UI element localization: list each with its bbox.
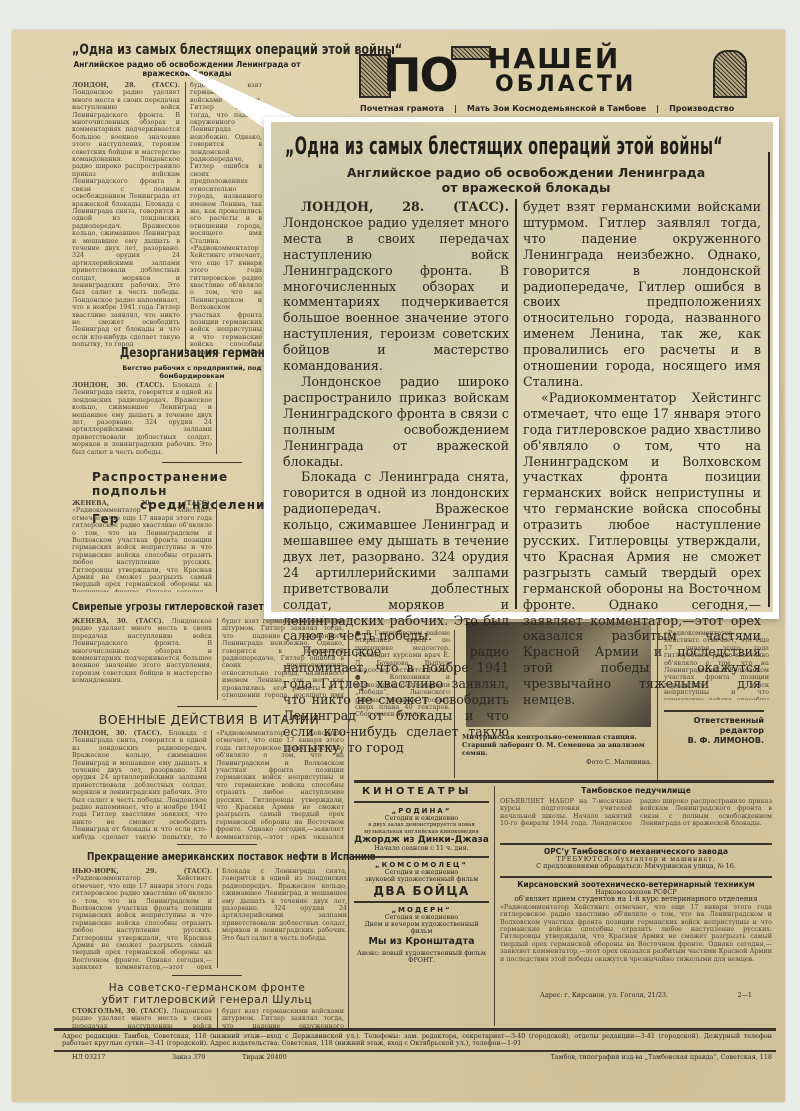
disorg-subtitle: Бегство рабочих с предприятий, под бомба… bbox=[112, 364, 272, 380]
masthead-po: ПО bbox=[383, 48, 457, 102]
masthead-oblasti: ОБЛАСТИ bbox=[495, 72, 636, 97]
cinemas-header: КИНОТЕАТРЫ bbox=[354, 786, 489, 797]
oil-title: Прекращение американских поставок нефти … bbox=[87, 850, 376, 863]
nav-item-production[interactable]: Производство bbox=[669, 104, 734, 113]
masthead-nav: Почетная грамота | Мать Зои Космодемьянс… bbox=[360, 104, 790, 113]
schulz-title-1: На советско-германском фронте bbox=[109, 982, 306, 994]
article-title: „Одна из самых блестящих операций этой в… bbox=[285, 132, 567, 160]
masthead: ПО НАШЕЙ ОБЛАСТИ bbox=[355, 42, 780, 102]
cinema-komsomolets: „КОМСОМОЛЕЦ“ Сегодня и ежедневно звуково… bbox=[354, 861, 489, 898]
cinema-rodina: „РОДИНА“ Сегодня и ежедневно в двух зала… bbox=[354, 807, 489, 853]
schulz-body-2: будет взят германскими войсками штурмом.… bbox=[222, 1008, 344, 1030]
article-column-right: будет взят германскими войсками штурмом.… bbox=[523, 199, 761, 708]
school-ad-body: ОБЪЯВЛЯЕТ НАБОР на 7-месячные курсы подг… bbox=[500, 798, 772, 840]
oil-body-2: Блокада с Ленинграда снята, говорится в … bbox=[222, 868, 347, 968]
zoomed-article: „Одна из самых блестящих операций этой в… bbox=[271, 122, 773, 612]
imprint-line: НЛ 03217 Заказ 379 Тираж 20400 Тамбов, т… bbox=[72, 1054, 772, 1061]
bg-lead-col-1: ЛОНДОН, 28. (ТАСС). Лондонское радио уде… bbox=[72, 82, 180, 357]
article-column-left: ЛОНДОН, 28. (ТАСС). Лондонское радио уде… bbox=[283, 199, 509, 756]
italy-body-1: ЛОНДОН, 30. (ТАСС). Блокада с Ленинграда… bbox=[72, 730, 207, 840]
disorg-title: Дезорганизация германско bbox=[120, 346, 285, 361]
editor-label: Ответственный редактор bbox=[664, 716, 764, 736]
ors-ad: ОРС’у Тамбовского механического завода Т… bbox=[500, 847, 772, 871]
disorg-body: ЛОНДОН, 30. (ТАСС). Блокада с Ленинграда… bbox=[72, 382, 212, 457]
silo-icon bbox=[713, 50, 747, 98]
tech-ad: Кирсановский зоотехническо-ветеринарный … bbox=[500, 880, 772, 999]
bg-lead-title: „Одна из самых блестящих операций этой в… bbox=[72, 42, 402, 58]
nav-item-gramota[interactable]: Почетная грамота bbox=[360, 104, 444, 113]
threats-title: Свирепые угрозы гитлеровской газет bbox=[72, 600, 264, 613]
editorial-address: Адрес редакции: Тамбов, Советская, 118 (… bbox=[62, 1033, 772, 1048]
cinemas-block: КИНОТЕАТРЫ „РОДИНА“ Сегодня и ежедневно … bbox=[354, 786, 489, 1026]
spread-title-1: Распространение подпольн bbox=[92, 470, 228, 498]
photo-credit: Фото С. Малинина. bbox=[462, 758, 652, 766]
nav-item-zoya-mother[interactable]: Мать Зои Космодемьянской в Тамбове bbox=[467, 104, 646, 113]
schulz-title-2: убит гитлеровский генерал Шульц bbox=[102, 994, 312, 1006]
spread-body: ЖЕНЕВА, 30. (ТАСС). «Радиокомментатор Хе… bbox=[72, 500, 212, 592]
schulz-body-1: СТОКГОЛЬМ, 30. (ТАСС). Лондонское радио … bbox=[72, 1008, 212, 1030]
school-ad-title: Тамбовское педучилище bbox=[500, 786, 772, 795]
cinema-modern: „МОДЕРН“ Сегодня и ежедневно Днем и вече… bbox=[354, 906, 489, 965]
threats-body-1: ЖЕНЕВА, 30. (ТАСС). Лондонское радио уде… bbox=[72, 618, 212, 700]
masthead-nashei: НАШЕЙ bbox=[488, 42, 620, 75]
oil-body-1: НЬЮ-ЙОРК, 29. (ТАСС). «Радиокомментатор … bbox=[72, 868, 212, 970]
article-subtitle: Английское радио об освобождении Ленингр… bbox=[291, 165, 761, 195]
editor-name: В. Ф. ЛИМОНОВ. bbox=[664, 736, 764, 746]
zoom-callout: „Одна из самых блестящих операций этой в… bbox=[264, 117, 779, 619]
